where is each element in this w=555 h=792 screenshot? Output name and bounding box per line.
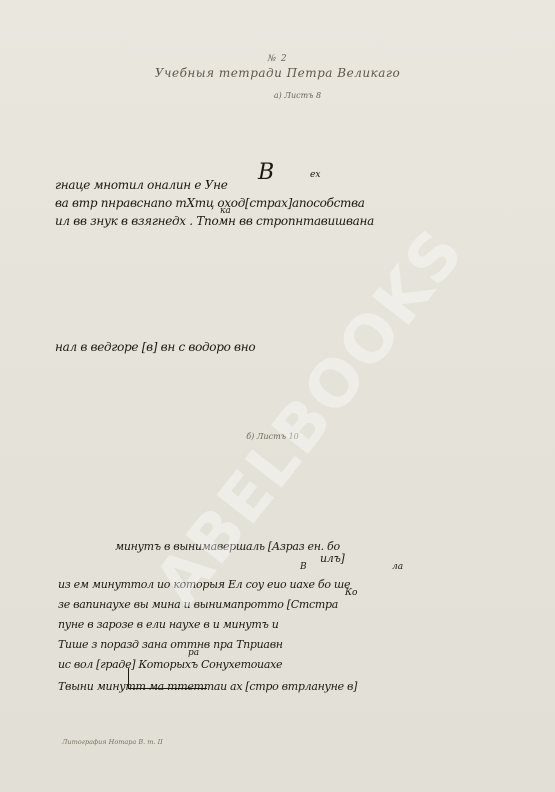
manuscript-line: пуне в зарозе в ели наухе в и минутъ и bbox=[58, 618, 279, 631]
manuscript-line: ва втр пнравснапо тХтц оход[страх]апособ… bbox=[55, 196, 365, 210]
manuscript-line: из ем минуттол ио которыя Ел соу еио иах… bbox=[58, 578, 350, 591]
manuscript-superscript: В bbox=[300, 562, 307, 572]
insertion-bracket-mark bbox=[128, 668, 207, 689]
manuscript-superscript: ра bbox=[188, 648, 199, 658]
manuscript-plate-page: № 2 Учебныя тетради Петра Великаго а) Ли… bbox=[0, 0, 555, 792]
manuscript-superscript: Ко bbox=[345, 588, 357, 598]
manuscript-initial-letter: В bbox=[258, 160, 274, 185]
plate-title: Учебныя тетради Петра Великаго bbox=[0, 66, 555, 80]
manuscript-line: Тише з поразд зана оттнв пра Тприавн bbox=[58, 638, 283, 651]
manuscript-line: нал в ведгоре [в] вн с водоро вно bbox=[55, 340, 255, 354]
plate-number: № 2 bbox=[0, 54, 555, 64]
manuscript-superscript: ла bbox=[392, 562, 403, 572]
manuscript-line: минутъ в вынимавершаль [Азраз ен. бо bbox=[115, 540, 340, 553]
watermark: ABELBOOKS bbox=[127, 197, 493, 637]
manuscript-line: илъ] bbox=[320, 552, 345, 565]
manuscript-line: гнаце мнотил оналин е Уне bbox=[55, 178, 228, 192]
manuscript-line: Твыни минутт ма ттеттаи ах [стро втрлану… bbox=[58, 680, 357, 693]
sheet-a-caption: а) Листъ 8 bbox=[40, 91, 555, 100]
manuscript-superscript: ех bbox=[310, 170, 320, 180]
sheet-b-caption: б) Листъ 10 bbox=[0, 432, 555, 441]
footer-lithography-credit: Литография Нотара В. т. II bbox=[62, 738, 163, 746]
manuscript-superscript: ка bbox=[220, 206, 231, 216]
manuscript-line: ил вв знук в взягнедх . Тпомн вв стропнт… bbox=[55, 214, 374, 228]
manuscript-line: зе вапинаухе вы мина и вынимапротто [Стс… bbox=[58, 598, 338, 611]
